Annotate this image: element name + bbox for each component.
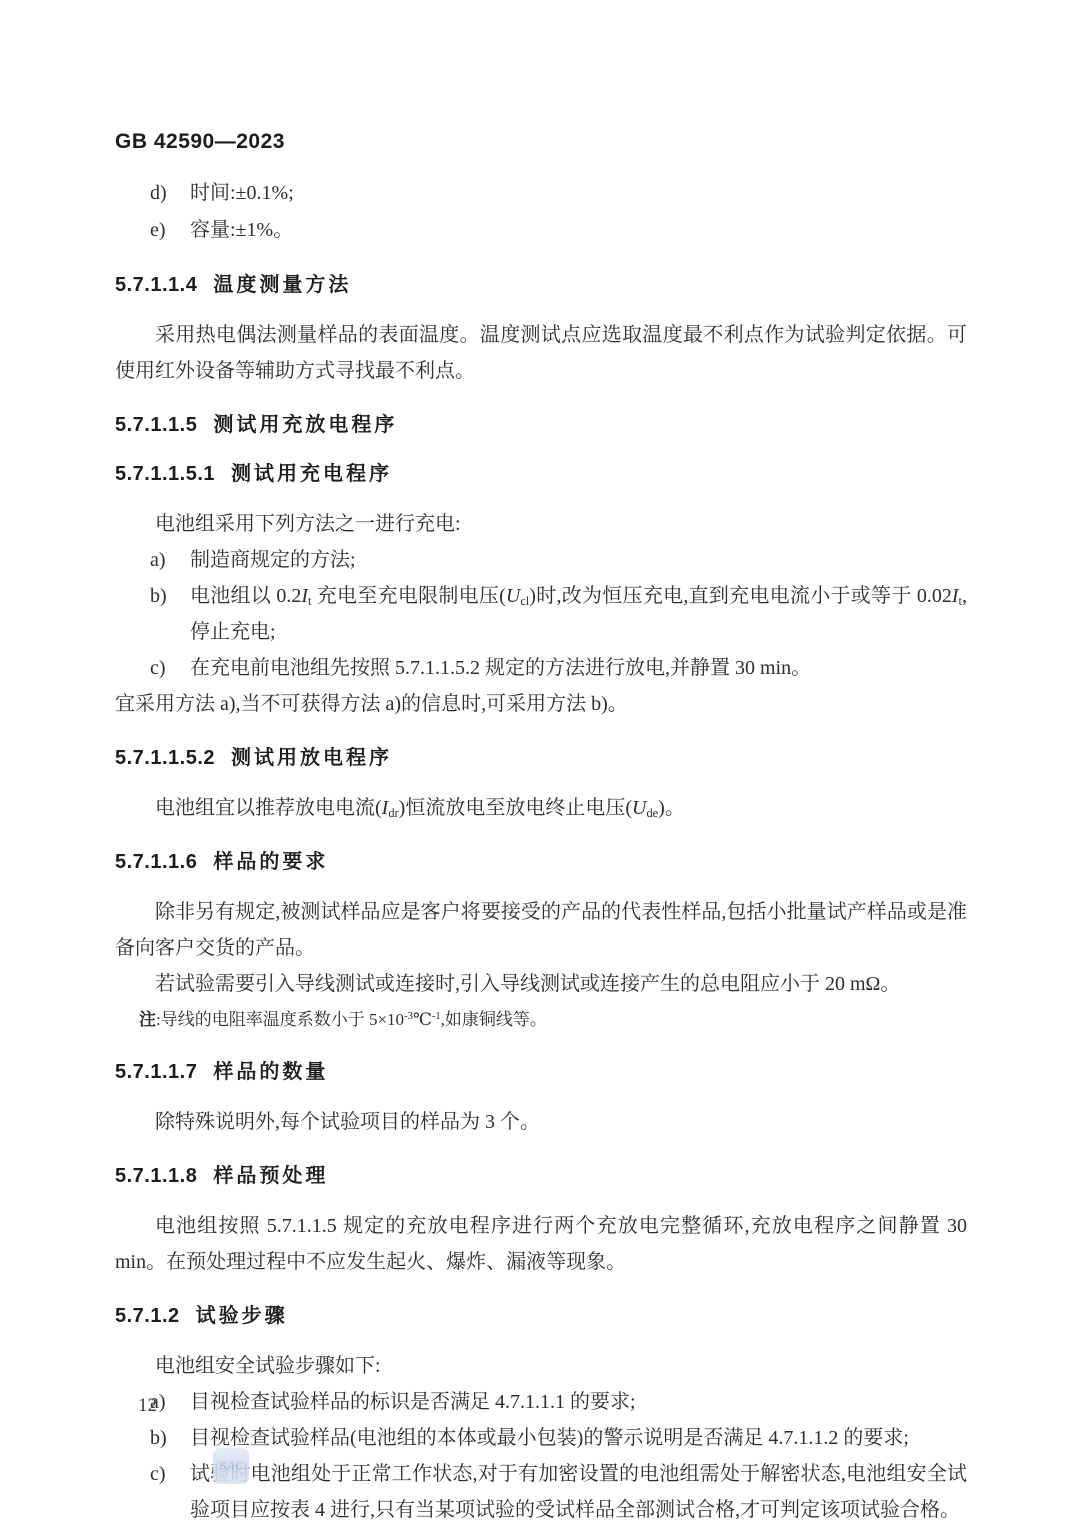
doc-body: d) 时间:±0.1%; e) 容量:±1%。 5.7.1.1.4温度测量方法 …	[115, 175, 967, 1527]
text-run: :导线的电阻率温度系数小于 5×10	[156, 1010, 404, 1029]
variable-symbol: U	[632, 797, 646, 819]
paragraph-sample-requirement-2: 若试验需要引入导线测试或连接时,引入导线测试或连接产生的总电阻应小于 20 mΩ…	[115, 966, 967, 1002]
heading-title: 样品预处理	[213, 1165, 328, 1187]
list-item: d) 时间:±0.1%;	[115, 175, 967, 212]
heading-title: 温度测量方法	[213, 274, 351, 296]
watermark-text: SAC	[218, 1459, 243, 1473]
text-run: )。	[658, 797, 685, 819]
list-item-text: 容量:±1%。	[190, 212, 967, 249]
section-heading-charge-procedure: 5.7.1.1.5.1测试用充电程序	[115, 461, 967, 487]
text-run: 电池组宜以推荐放电电流(	[155, 797, 382, 819]
paragraph-method-preference: 宜采用方法 a),当不可获得方法 a)的信息时,可采用方法 b)。	[115, 686, 967, 722]
heading-number: 5.7.1.1.5.2	[115, 747, 215, 769]
superscript: -1	[432, 1011, 441, 1022]
section-heading-temperature-method: 5.7.1.1.4温度测量方法	[115, 272, 967, 298]
heading-number: 5.7.1.1.5	[115, 414, 197, 436]
page-number: 12	[138, 1395, 157, 1417]
note-label: 注	[139, 1010, 156, 1029]
section-heading-sample-preconditioning: 5.7.1.1.8样品预处理	[115, 1163, 967, 1189]
heading-title: 测试用放电程序	[231, 747, 392, 769]
text-run: ,如康铜线等。	[441, 1010, 547, 1029]
list-item-text: 在充电前电池组先按照 5.7.1.1.5.2 规定的方法进行放电,并静置 30 …	[190, 650, 967, 686]
paragraph-charge-intro: 电池组采用下列方法之一进行充电:	[115, 506, 967, 542]
list-item-text: 目视检查试验样品的标识是否满足 4.7.1.1.1 的要求;	[190, 1384, 967, 1420]
sac-watermark-logo: SAC	[213, 1448, 249, 1484]
list-item-label: e)	[150, 212, 190, 249]
heading-number: 5.7.1.2	[115, 1305, 180, 1327]
section-heading-sample-quantity: 5.7.1.1.7样品的数量	[115, 1059, 967, 1085]
section-heading-charge-discharge-procedure: 5.7.1.1.5测试用充放电程序	[115, 412, 967, 438]
paragraph-sample-quantity: 除特殊说明外,每个试验项目的样品为 3 个。	[115, 1104, 967, 1140]
paragraph-temperature-method: 采用热电偶法测量样品的表面温度。温度测试点应选取温度最不利点作为试验判定依据。可…	[115, 317, 967, 389]
subscript: de	[646, 806, 658, 820]
list-item-charge-c: c) 在充电前电池组先按照 5.7.1.1.5.2 规定的方法进行放电,并静置 …	[115, 650, 967, 686]
list-item-charge-a: a) 制造商规定的方法;	[115, 542, 967, 578]
paragraph-steps-intro: 电池组安全试验步骤如下:	[115, 1348, 967, 1384]
paragraph-preconditioning: 电池组按照 5.7.1.1.5 规定的充放电程序进行两个充放电完整循环,充放电程…	[115, 1208, 967, 1280]
note-paragraph: 注:导线的电阻率温度系数小于 5×10-3℃-1,如康铜线等。	[115, 1004, 967, 1036]
heading-title: 测试用充电程序	[231, 463, 392, 485]
list-item-label: b)	[150, 578, 190, 650]
document-page: GB 42590—2023 d) 时间:±0.1%; e) 容量:±1%。 5.…	[0, 0, 1080, 1527]
list-item-text: 目视检查试验样品(电池组的本体或最小包装)的警示说明是否满足 4.7.1.1.2…	[190, 1420, 967, 1456]
list-item-text: 试验时电池组处于正常工作状态,对于有加密设置的电池组需处于解密状态,电池组安全试…	[190, 1456, 967, 1527]
doc-number: GB 42590—2023	[115, 130, 285, 154]
text-run: 电池组以 0.2	[190, 585, 301, 607]
heading-title: 样品的数量	[213, 1061, 328, 1083]
list-item-text: 电池组以 0.2It 充电至充电限制电压(Ucl)时,改为恒压充电,直到充电电流…	[190, 578, 967, 650]
text-run: )时,改为恒压充电,直到充电电流小于或等于 0.02	[529, 585, 952, 607]
list-item-charge-b: b) 电池组以 0.2It 充电至充电限制电压(Ucl)时,改为恒压充电,直到充…	[115, 578, 967, 650]
list-item-label: d)	[150, 175, 190, 212]
heading-number: 5.7.1.1.7	[115, 1061, 197, 1083]
text-run: ℃	[413, 1010, 432, 1029]
heading-number: 5.7.1.1.8	[115, 1165, 197, 1187]
subscript: cl	[520, 594, 529, 608]
heading-number: 5.7.1.1.6	[115, 851, 197, 873]
list-item: e) 容量:±1%。	[115, 212, 967, 249]
heading-title: 样品的要求	[213, 851, 328, 873]
heading-number: 5.7.1.1.5.1	[115, 463, 215, 485]
text-run: 充电至充电限制电压(	[311, 585, 505, 607]
accuracy-list: d) 时间:±0.1%; e) 容量:±1%。	[115, 175, 967, 249]
list-item-step-a: a) 目视检查试验样品的标识是否满足 4.7.1.1.1 的要求;	[115, 1384, 967, 1420]
text-run: )恒流放电至放电终止电压(	[399, 797, 632, 819]
list-item-label: b)	[150, 1420, 190, 1456]
heading-title: 试验步骤	[196, 1305, 288, 1327]
heading-number: 5.7.1.1.4	[115, 274, 197, 296]
variable-symbol: U	[506, 585, 520, 607]
paragraph-discharge: 电池组宜以推荐放电电流(Idr)恒流放电至放电终止电压(Ude)。	[115, 790, 967, 826]
list-item-label: c)	[150, 1456, 190, 1527]
paragraph-sample-requirement-1: 除非另有规定,被测试样品应是客户将要接受的产品的代表性样品,包括小批量试产样品或…	[115, 894, 967, 966]
list-item-label: c)	[150, 650, 190, 686]
section-heading-test-steps: 5.7.1.2试验步骤	[115, 1303, 967, 1329]
list-item-text: 时间:±0.1%;	[190, 175, 967, 212]
superscript: -3	[404, 1011, 413, 1022]
subscript: dr	[388, 806, 398, 820]
list-item-label: a)	[150, 542, 190, 578]
heading-title: 测试用充放电程序	[213, 414, 397, 436]
list-item-text: 制造商规定的方法;	[190, 542, 967, 578]
section-heading-discharge-procedure: 5.7.1.1.5.2测试用放电程序	[115, 745, 967, 771]
section-heading-sample-requirements: 5.7.1.1.6样品的要求	[115, 849, 967, 875]
variable-symbol: I	[952, 585, 959, 607]
